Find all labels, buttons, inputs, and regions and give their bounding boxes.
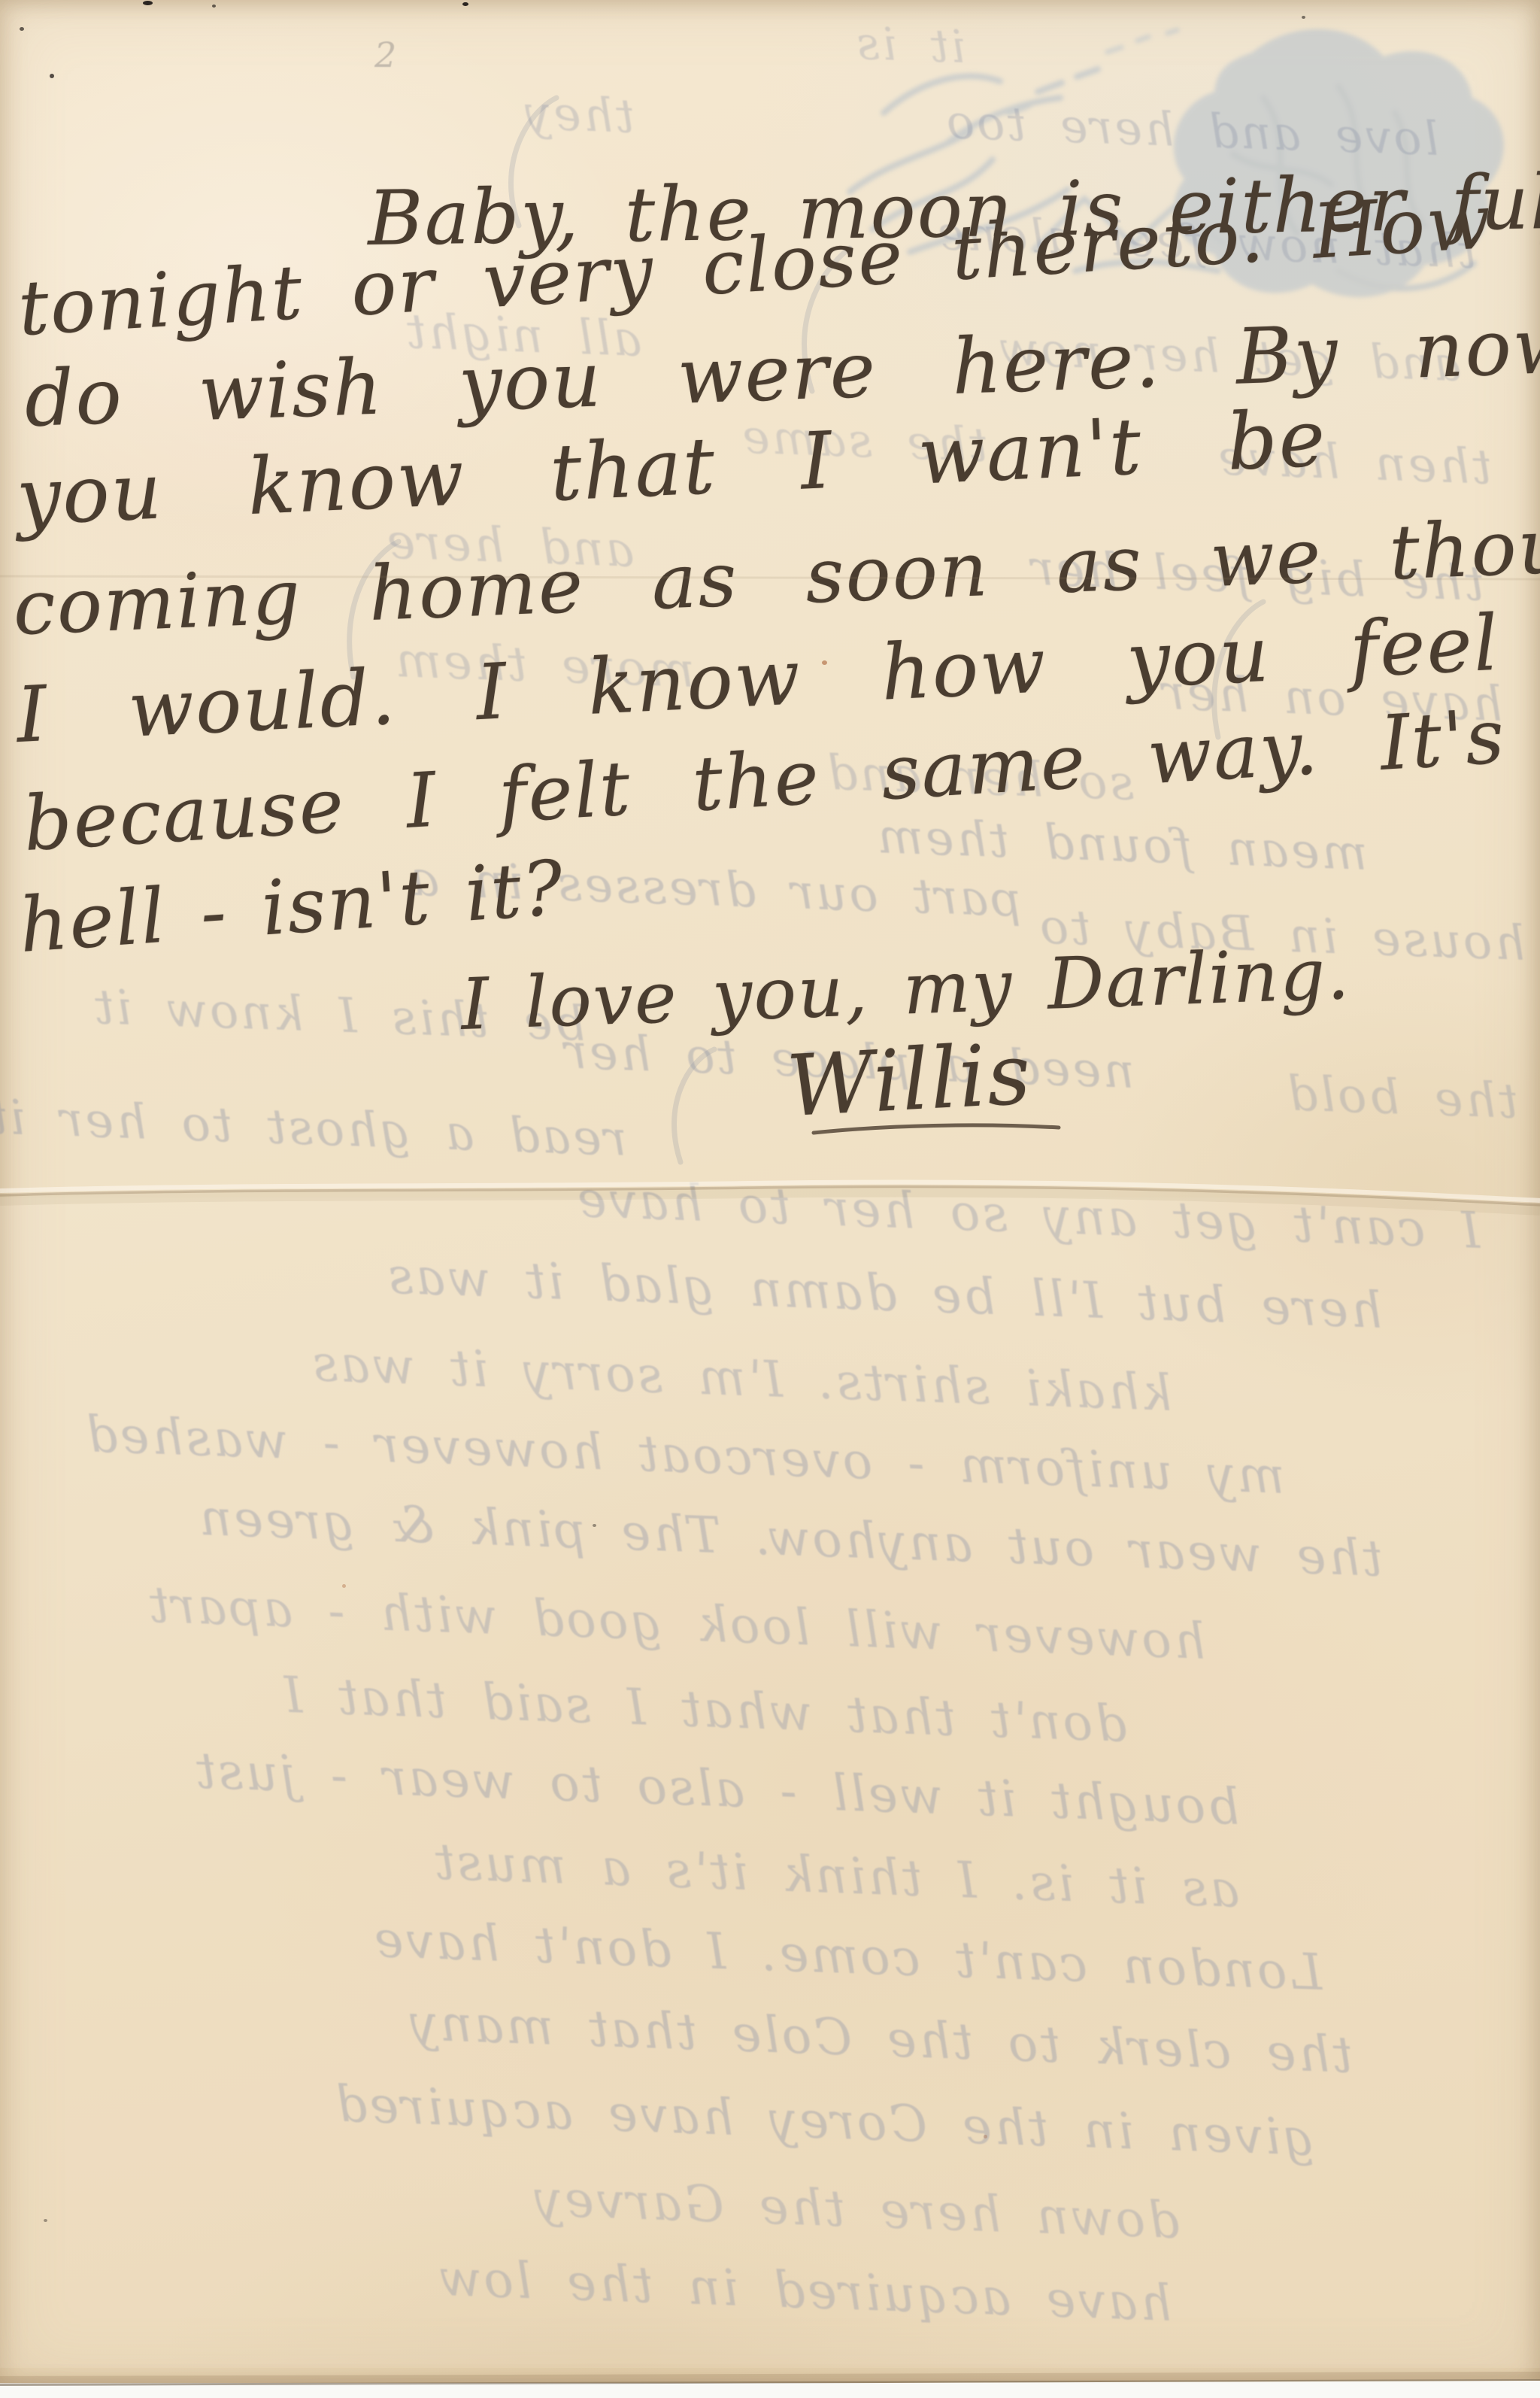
- dust-speck: [20, 27, 24, 31]
- signature-underline: [814, 1125, 1059, 1133]
- dust-speck: [50, 74, 54, 78]
- rust-speck: [984, 2135, 987, 2138]
- paper-marks-overlay: [0, 0, 1540, 2398]
- fold-crease-smudge: [0, 1192, 1540, 1210]
- scanned-letter-page: theyit islove and here toothat now feel …: [0, 0, 1540, 2398]
- dust-speck: [212, 5, 216, 8]
- dust-speck: [462, 2, 468, 6]
- bottom-edge-smudge: [0, 2375, 1540, 2380]
- dust-speck: [44, 2219, 47, 2222]
- dust-speck: [143, 1, 153, 5]
- rust-speck: [342, 1584, 346, 1588]
- letter-paper: theyit islove and here toothat now feel …: [0, 0, 1540, 2383]
- dust-speck: [1302, 16, 1305, 19]
- rust-speck: [822, 660, 827, 665]
- dust-speck: [593, 1524, 596, 1527]
- fold-crease-faint: [0, 576, 1540, 579]
